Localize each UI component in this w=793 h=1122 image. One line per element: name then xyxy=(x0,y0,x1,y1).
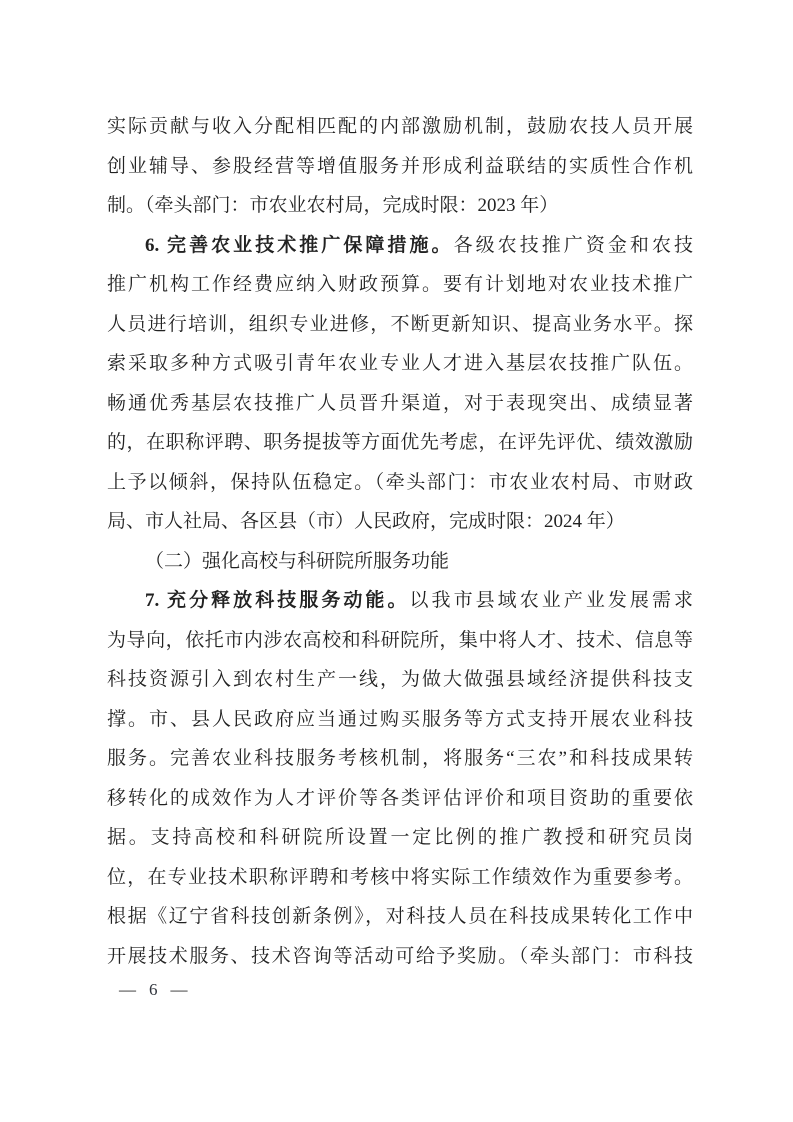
heading-run: 7. 充分释放科技服务动能。 xyxy=(145,590,410,611)
text-run: 局、市人社局、各区县（市）人民政府，完成时限：2024 年） xyxy=(107,511,625,532)
heading-run: 6. 完善农业技术推广保障措施。 xyxy=(145,235,454,256)
text-run: 科技资源引入到农村生产一线，为做大做强县域经济提供科技支 xyxy=(107,669,693,690)
text-run: （二）强化高校与科研院所服务功能 xyxy=(145,551,449,572)
text-run: 服务。完善农业科技服务考核机制，将服务“三农”和科技成果转 xyxy=(107,748,693,769)
footer-dash-right: — xyxy=(171,980,188,999)
text-run: 开展技术服务、技术咨询等活动可给予奖励。（牵头部门：市科技 xyxy=(107,946,693,967)
text-line-6: 人员进行培训，组织专业进修，不断更新知识、提高业务水平。探 xyxy=(107,305,693,345)
text-run: 索采取多种方式吸引青年农业专业人才进入基层农技推广队伍。 xyxy=(107,353,693,374)
text-line-16: 撑。市、县人民政府应当通过购买服务等方式支持开展农业科技 xyxy=(107,700,693,740)
text-line-5: 推广机构工作经费应纳入财政预算。要有计划地对农业技术推广 xyxy=(107,265,693,305)
page-footer: —6— xyxy=(119,980,188,1000)
text-line-22: 开展技术服务、技术咨询等活动可给予奖励。（牵头部门：市科技 xyxy=(107,937,693,977)
text-run: 人员进行培训，组织专业进修，不断更新知识、提高业务水平。探 xyxy=(107,314,693,335)
document-body: 实际贡献与收入分配相匹配的内部激励机制，鼓励农技人员开展创业辅导、参股经营等增值… xyxy=(107,107,693,976)
page-number: 6 xyxy=(149,980,158,1000)
text-line-14: 为导向，依托市内涉农高校和科研院所，集中将人才、技术、信息等 xyxy=(107,621,693,661)
text-run: 上予以倾斜，保持队伍稳定。（牵头部门：市农业农村局、市财政 xyxy=(107,472,693,493)
text-line-10: 上予以倾斜，保持队伍稳定。（牵头部门：市农业农村局、市财政 xyxy=(107,463,693,503)
text-run: 以我市县域农业产业发展需求 xyxy=(410,590,694,611)
text-line-2: 创业辅导、参股经营等增值服务并形成利益联结的实质性合作机 xyxy=(107,147,693,187)
document-page: 实际贡献与收入分配相匹配的内部激励机制，鼓励农技人员开展创业辅导、参股经营等增值… xyxy=(0,0,793,1122)
text-line-9: 的，在职称评聘、职务提拔等方面优先考虑，在评先评优、绩效激励 xyxy=(107,423,693,463)
text-line-21: 根据《辽宁省科技创新条例》，对科技人员在科技成果转化工作中 xyxy=(107,897,693,937)
text-run: 移转化的成效作为人才评价等各类评估评价和项目资助的重要依 xyxy=(107,788,693,809)
text-line-12: （二）强化高校与科研院所服务功能 xyxy=(107,542,693,582)
text-line-1: 实际贡献与收入分配相匹配的内部激励机制，鼓励农技人员开展 xyxy=(107,107,693,147)
text-run: 实际贡献与收入分配相匹配的内部激励机制，鼓励农技人员开展 xyxy=(107,116,693,137)
text-line-19: 据。支持高校和科研院所设置一定比例的推广教授和研究员岗 xyxy=(107,818,693,858)
text-line-20: 位，在专业技术职称评聘和考核中将实际工作绩效作为重要参考。 xyxy=(107,858,693,898)
text-run: 推广机构工作经费应纳入财政预算。要有计划地对农业技术推广 xyxy=(107,274,693,295)
text-run: 据。支持高校和科研院所设置一定比例的推广教授和研究员岗 xyxy=(107,827,693,848)
footer-dash-left: — xyxy=(119,980,136,999)
text-line-7: 索采取多种方式吸引青年农业专业人才进入基层农技推广队伍。 xyxy=(107,344,693,384)
text-line-4: 6. 完善农业技术推广保障措施。各级农技推广资金和农技 xyxy=(107,226,693,266)
text-run: 制。（牵头部门：市农业农村局，完成时限：2023 年） xyxy=(107,195,558,216)
text-line-11: 局、市人社局、各区县（市）人民政府，完成时限：2024 年） xyxy=(107,502,693,542)
text-run: 各级农技推广资金和农技 xyxy=(454,235,693,256)
text-run: 为导向，依托市内涉农高校和科研院所，集中将人才、技术、信息等 xyxy=(107,630,693,651)
text-run: 创业辅导、参股经营等增值服务并形成利益联结的实质性合作机 xyxy=(107,156,693,177)
text-line-8: 畅通优秀基层农技推广人员晋升渠道，对于表现突出、成绩显著 xyxy=(107,384,693,424)
text-run: 根据《辽宁省科技创新条例》，对科技人员在科技成果转化工作中 xyxy=(107,906,693,927)
text-run: 的，在职称评聘、职务提拔等方面优先考虑，在评先评优、绩效激励 xyxy=(107,432,693,453)
text-line-15: 科技资源引入到农村生产一线，为做大做强县域经济提供科技支 xyxy=(107,660,693,700)
text-line-17: 服务。完善农业科技服务考核机制，将服务“三农”和科技成果转 xyxy=(107,739,693,779)
text-run: 畅通优秀基层农技推广人员晋升渠道，对于表现突出、成绩显著 xyxy=(107,393,693,414)
text-line-13: 7. 充分释放科技服务动能。以我市县域农业产业发展需求 xyxy=(107,581,693,621)
text-line-18: 移转化的成效作为人才评价等各类评估评价和项目资助的重要依 xyxy=(107,779,693,819)
text-run: 撑。市、县人民政府应当通过购买服务等方式支持开展农业科技 xyxy=(107,709,693,730)
text-line-3: 制。（牵头部门：市农业农村局，完成时限：2023 年） xyxy=(107,186,693,226)
text-run: 位，在专业技术职称评聘和考核中将实际工作绩效作为重要参考。 xyxy=(107,867,693,888)
